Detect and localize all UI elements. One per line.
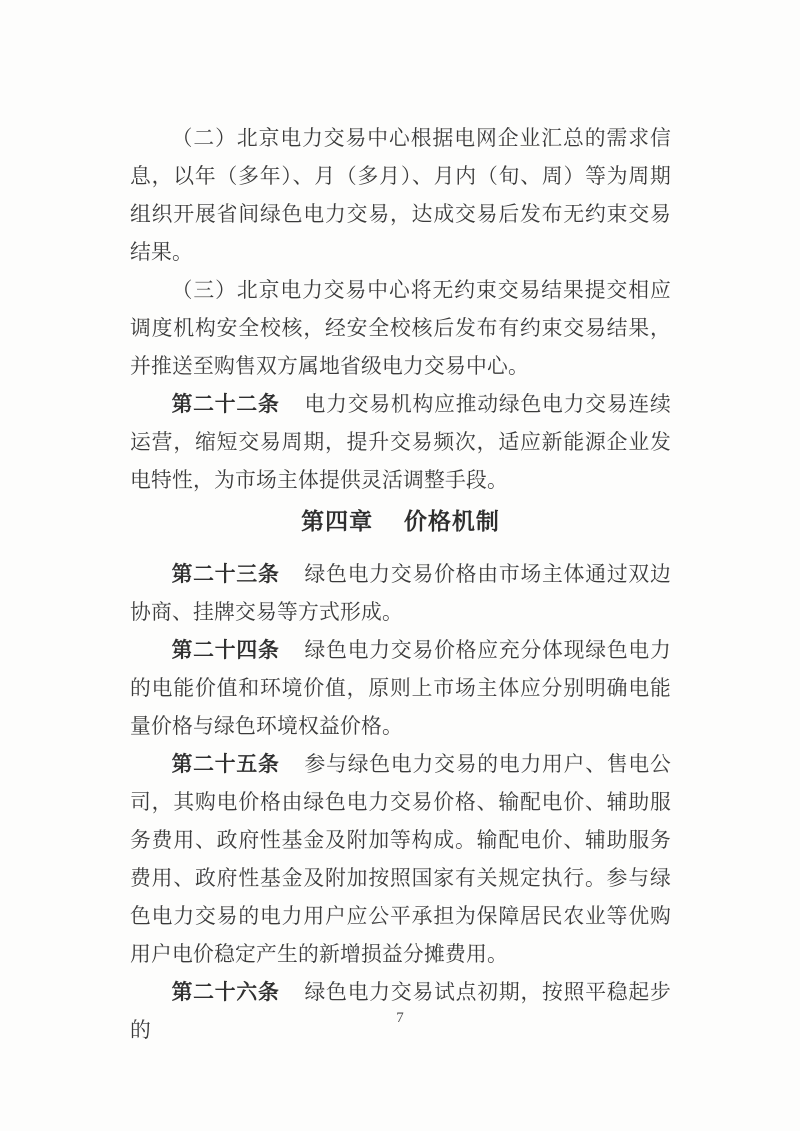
- paragraph-item-2: （二）北京电力交易中心根据电网企业汇总的需求信息，以年（多年）、月（多月）、月内…: [130, 120, 671, 272]
- article-number-label: 第二十五条: [172, 753, 280, 776]
- article-number-label: 第二十四条: [172, 639, 280, 662]
- paragraph-text: 参与绿色电力交易的电力用户、售电公司，其购电价格由绿色电力交易价格、输配电价、辅…: [130, 753, 671, 966]
- document-body: （二）北京电力交易中心根据电网企业汇总的需求信息，以年（多年）、月（多月）、月内…: [130, 120, 671, 1050]
- paragraph-item-3: （三）北京电力交易中心将无约束交易结果提交相应调度机构安全校核，经安全校核后发布…: [130, 272, 671, 386]
- article-number-label: 第二十二条: [172, 393, 280, 416]
- paragraph-text: （二）北京电力交易中心根据电网企业汇总的需求信息，以年（多年）、月（多月）、月内…: [130, 127, 671, 264]
- paragraph-article-24: 第二十四条绿色电力交易价格应充分体现绿色电力的电能价值和环境价值，原则上市场主体…: [130, 632, 671, 746]
- article-number-label: 第二十六条: [172, 981, 280, 1004]
- paragraph-article-25: 第二十五条参与绿色电力交易的电力用户、售电公司，其购电价格由绿色电力交易价格、输…: [130, 746, 671, 974]
- chapter-heading: 第四章 价格机制: [130, 502, 671, 542]
- article-number-label: 第二十三条: [172, 563, 280, 586]
- paragraph-text: （三）北京电力交易中心将无约束交易结果提交相应调度机构安全校核，经安全校核后发布…: [130, 279, 671, 378]
- paragraph-article-22: 第二十二条电力交易机构应推动绿色电力交易连续运营，缩短交易周期，提升交易频次，适…: [130, 386, 671, 500]
- paragraph-article-23: 第二十三条绿色电力交易价格由市场主体通过双边协商、挂牌交易等方式形成。: [130, 556, 671, 632]
- page-number: 7: [0, 1008, 800, 1028]
- document-page: （二）北京电力交易中心根据电网企业汇总的需求信息，以年（多年）、月（多月）、月内…: [0, 0, 800, 1131]
